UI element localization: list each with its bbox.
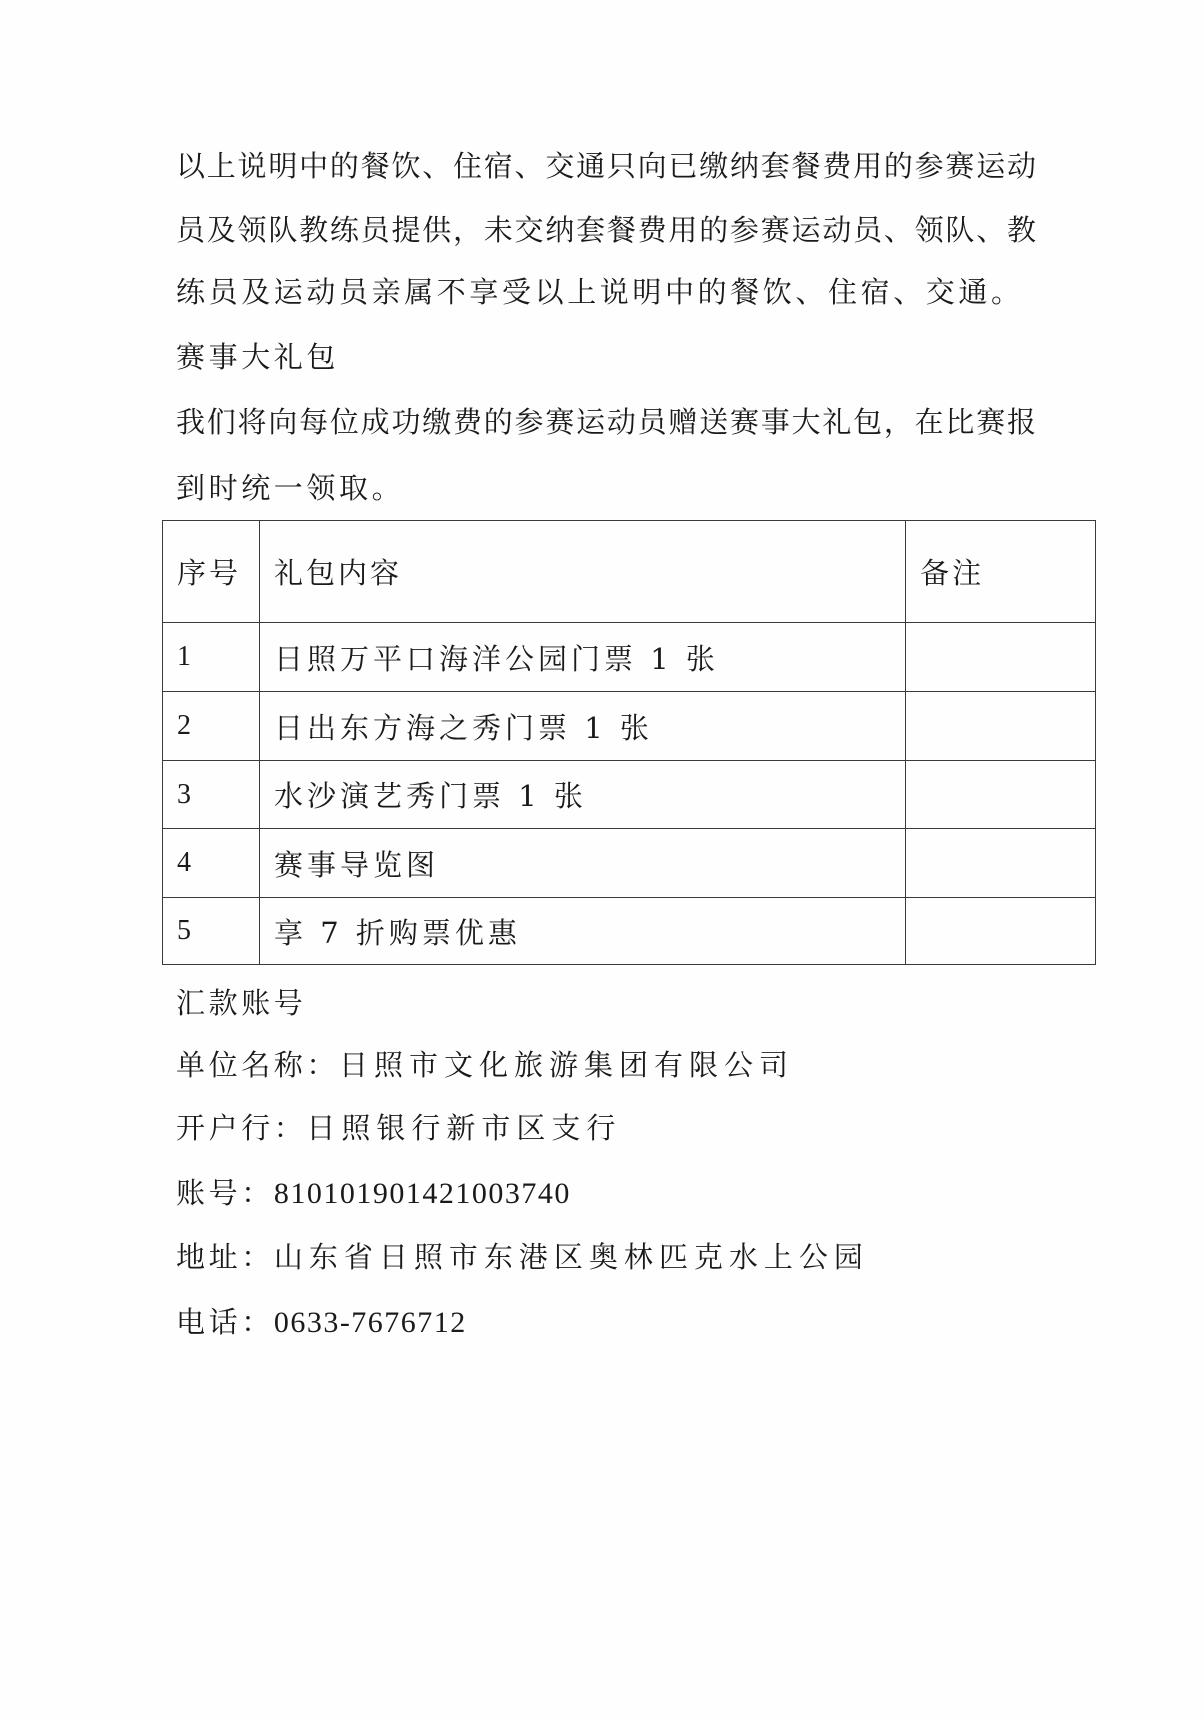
cell-note (906, 898, 1096, 965)
cell-no: 3 (163, 761, 260, 829)
cell-content: 赛事导览图 (260, 829, 906, 898)
paragraph-line: 以上说明中的餐饮、住宿、交通只向已缴纳套餐费用的参赛运动 (176, 146, 1036, 186)
paragraph-line: 练员及运动员亲属不享受以上说明中的餐饮、住宿、交通。 (176, 272, 1036, 312)
account-label: 账号： (176, 1176, 274, 1210)
gift-intro-line: 到时统一领取。 (176, 468, 1036, 508)
header-content: 礼包内容 (260, 521, 906, 623)
unit-value: 日照市文化旅游集团有限公司 (339, 1048, 794, 1082)
gift-package-table: 序号 礼包内容 备注 1 日照万平口海洋公园门票 1 张 2 日出东方海之秀门票… (162, 520, 1096, 965)
document-page: 以上说明中的餐饮、住宿、交通只向已缴纳套餐费用的参赛运动 员及领队教练员提供，未… (0, 0, 1204, 1718)
cell-no: 1 (163, 623, 260, 692)
cell-content: 水沙演艺秀门票 1 张 (260, 761, 906, 829)
address-value: 山东省日照市东港区奥林匹克水上公园 (274, 1240, 869, 1274)
cell-content: 日照万平口海洋公园门票 1 张 (260, 623, 906, 692)
phone-label: 电话： (176, 1305, 274, 1339)
phone-value: 0633-7676712 (274, 1306, 467, 1339)
table-row: 5 享 7 折购票优惠 (163, 898, 1096, 965)
bank-label: 开户行： (176, 1111, 306, 1145)
unit-label: 单位名称： (176, 1048, 339, 1082)
header-no: 序号 (163, 521, 260, 623)
remittance-bank: 开户行：日照银行新市区支行 (176, 1108, 1036, 1148)
section-heading-gift: 赛事大礼包 (176, 337, 1036, 377)
table-header-row: 序号 礼包内容 备注 (163, 521, 1096, 623)
address-label: 地址： (176, 1240, 274, 1274)
cell-content: 日出东方海之秀门票 1 张 (260, 692, 906, 761)
table-row: 4 赛事导览图 (163, 829, 1096, 898)
cell-note (906, 623, 1096, 692)
remittance-phone: 电话：0633-7676712 (176, 1302, 1036, 1342)
cell-note (906, 692, 1096, 761)
cell-no: 5 (163, 898, 260, 965)
remittance-unit: 单位名称：日照市文化旅游集团有限公司 (176, 1045, 1036, 1085)
cell-content: 享 7 折购票优惠 (260, 898, 906, 965)
header-note: 备注 (906, 521, 1096, 623)
section-heading-remittance: 汇款账号 (176, 983, 1036, 1023)
paragraph-line: 员及领队教练员提供，未交纳套餐费用的参赛运动员、领队、教 (176, 210, 1036, 250)
cell-note (906, 829, 1096, 898)
table-row: 2 日出东方海之秀门票 1 张 (163, 692, 1096, 761)
cell-no: 2 (163, 692, 260, 761)
remittance-account: 账号：810101901421003740 (176, 1173, 1036, 1213)
bank-value: 日照银行新市区支行 (306, 1111, 621, 1145)
gift-intro-line: 我们将向每位成功缴费的参赛运动员赠送赛事大礼包，在比赛报 (176, 402, 1036, 442)
remittance-address: 地址：山东省日照市东港区奥林匹克水上公园 (176, 1237, 1036, 1277)
cell-no: 4 (163, 829, 260, 898)
account-value: 810101901421003740 (274, 1177, 571, 1210)
table-row: 1 日照万平口海洋公园门票 1 张 (163, 623, 1096, 692)
cell-note (906, 761, 1096, 829)
table-row: 3 水沙演艺秀门票 1 张 (163, 761, 1096, 829)
